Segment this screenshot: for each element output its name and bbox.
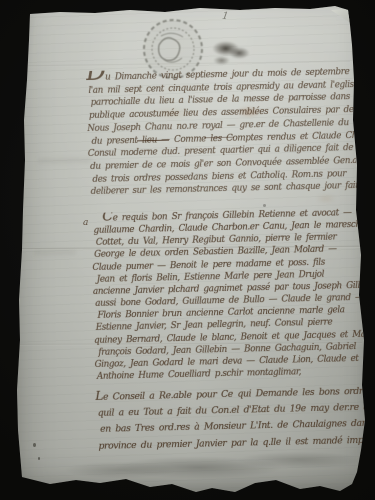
handwritten-paragraph-3: Le Conseil a Re.able pour Ce qui Demande… [95, 384, 368, 458]
handwritten-paragraph-1: Du Dimanche vingt septiesme jour du mois… [86, 65, 357, 201]
manuscript-page: 1 a Du Dimanche vingt septiesme jour du … [0, 0, 375, 500]
photo-backdrop: { "photo": { "backdrop_color": "#0a0a08"… [0, 0, 375, 500]
handwritten-text-layer: Du Dimanche vingt septiesme jour du mois… [0, 0, 375, 500]
handwritten-paragraph-2: Ce requis bon Sr françois Gillebin Retie… [91, 207, 365, 385]
